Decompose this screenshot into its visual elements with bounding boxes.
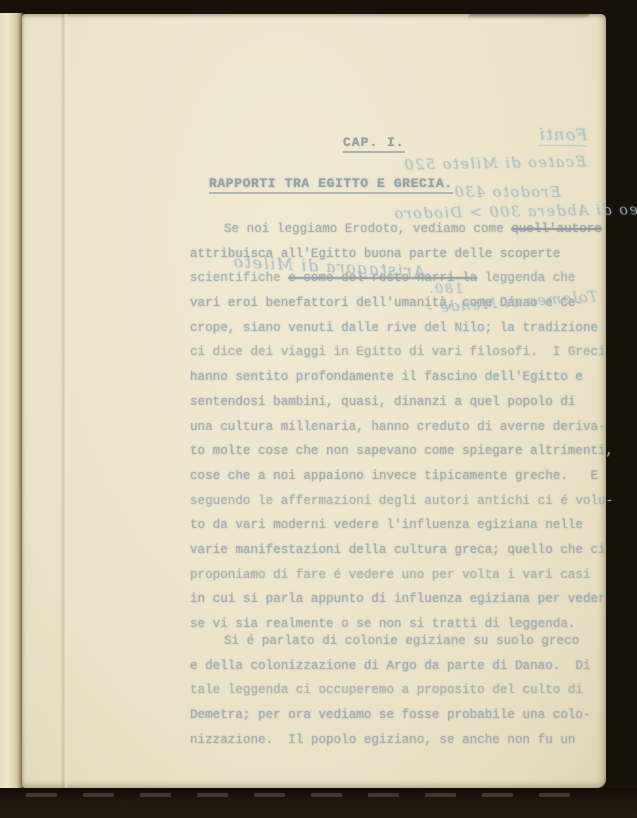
text-segment: Demetra; per ora vediamo se fosse probab… — [190, 708, 591, 722]
typewritten-line: e della colonizzazione di Argo da parte … — [190, 654, 592, 679]
page-stack-edge — [0, 13, 23, 788]
binding-stitch-dash — [254, 793, 285, 797]
text-segment: nizzazione. Il popolo egiziano, se anche… — [190, 733, 575, 747]
typewritten-line: cose che a noi appaiono invece tipicamen… — [190, 464, 592, 489]
text-segment: ci dice dei viaggi in Egitto di vari fil… — [190, 345, 606, 359]
paragraph-1: Se noi leggiamo Erodoto, vediamo come qu… — [190, 217, 592, 637]
handwritten-annotation: Erodoto 430 — [453, 185, 561, 201]
text-segment: Si é parlato di colonie egiziane su suol… — [224, 634, 579, 648]
typewritten-line: to molte cose che non sapevano come spie… — [190, 439, 592, 464]
binding-stitch-dash — [482, 793, 513, 797]
text-segment: tale leggenda ci occuperemo a proposito … — [190, 683, 583, 697]
text-segment: Se noi leggiamo Erodoto, vediamo come — [224, 222, 511, 236]
text-segment: in cui si parla appunto di influenza egi… — [190, 592, 606, 606]
binding-stitch-dash — [83, 793, 114, 797]
binding-stitch-dash — [140, 793, 171, 797]
text-segment: crope, siano venuti dalle rive del Nilo;… — [190, 321, 598, 335]
text-segment: e della colonizzazione di Argo da parte … — [190, 659, 591, 673]
typewritten-line: crope, siano venuti dalle rive del Nilo;… — [190, 316, 592, 341]
book-cover-bottom-band — [0, 788, 637, 818]
text-segment: leggenda che — [477, 271, 575, 285]
text-segment: una cultura millenaria, hanno creduto di… — [190, 420, 606, 434]
binding-stitch-dash — [425, 793, 456, 797]
typewritten-line: Se noi leggiamo Erodoto, vediamo come qu… — [190, 217, 592, 242]
typewritten-line: Demetra; per ora vediamo se fosse probab… — [190, 703, 592, 728]
page-crease-line — [60, 14, 68, 788]
paragraph-2: Si é parlato di colonie egiziane su suol… — [190, 629, 592, 752]
text-segment: seguendo le affermazioni degli autori an… — [190, 494, 613, 508]
text-segment: to molte cose che non sapevano come spie… — [190, 444, 613, 458]
text-segment: to da vari moderni vedere l'influenza eg… — [190, 518, 583, 532]
text-segment: sentendosi bambini, quasi, dinanzi a que… — [190, 395, 575, 409]
typewritten-line: tale leggenda ci occuperemo a proposito … — [190, 678, 592, 703]
manuscript-page: CAP. I. RAPPORTI TRA EGITTO E GRECIA. Se… — [22, 14, 606, 788]
text-segment: varie manifestazioni della cultura greca… — [190, 543, 606, 557]
scanned-book-page: CAP. I. RAPPORTI TRA EGITTO E GRECIA. Se… — [0, 0, 637, 818]
binding-stitch-dash — [311, 793, 342, 797]
handwritten-annotation: Fonti — [538, 125, 588, 147]
typewritten-line: hanno sentito profondamente il fascino d… — [190, 365, 592, 390]
text-segment: hanno sentito profondamente il fascino d… — [190, 370, 583, 384]
typewritten-line: ci dice dei viaggi in Egitto di vari fil… — [190, 340, 592, 365]
binding-stitch-dash — [539, 793, 570, 797]
typewritten-line: in cui si parla appunto di influenza egi… — [190, 587, 592, 612]
typewritten-line: seguendo le affermazioni degli autori an… — [190, 489, 592, 514]
text-segment: proponiamo di fare é vedere uno per volt… — [190, 568, 591, 582]
binding-stitch-dash — [26, 793, 57, 797]
typewritten-line: sentendosi bambini, quasi, dinanzi a que… — [190, 390, 592, 415]
typewritten-line: nizzazione. Il popolo egiziano, se anche… — [190, 728, 592, 753]
typewritten-line: varie manifestazioni della cultura greca… — [190, 538, 592, 563]
chapter-heading: CAP. I. — [343, 135, 405, 153]
binding-stitch-dash — [368, 793, 399, 797]
text-segment: scientifiche — [190, 271, 288, 285]
typewritten-line: Si é parlato di colonie egiziane su suol… — [190, 629, 592, 654]
corner-shadow — [466, 13, 591, 20]
typewritten-line: proponiamo di fare é vedere uno per volt… — [190, 563, 592, 588]
binding-stitch-dash — [197, 793, 228, 797]
handwritten-annotation: Ecateo di Mileto 520 — [403, 154, 586, 173]
typewritten-line: to da vari moderni vedere l'influenza eg… — [190, 513, 592, 538]
handwritten-annotation: 180. — [428, 282, 463, 297]
struck-text-segment: quell'autore — [511, 222, 602, 236]
page-title: RAPPORTI TRA EGITTO E GRECIA. — [209, 176, 453, 194]
typewritten-line: una cultura millenaria, hanno creduto di… — [190, 415, 592, 440]
text-segment: cose che a noi appaiono invece tipicamen… — [190, 469, 598, 483]
